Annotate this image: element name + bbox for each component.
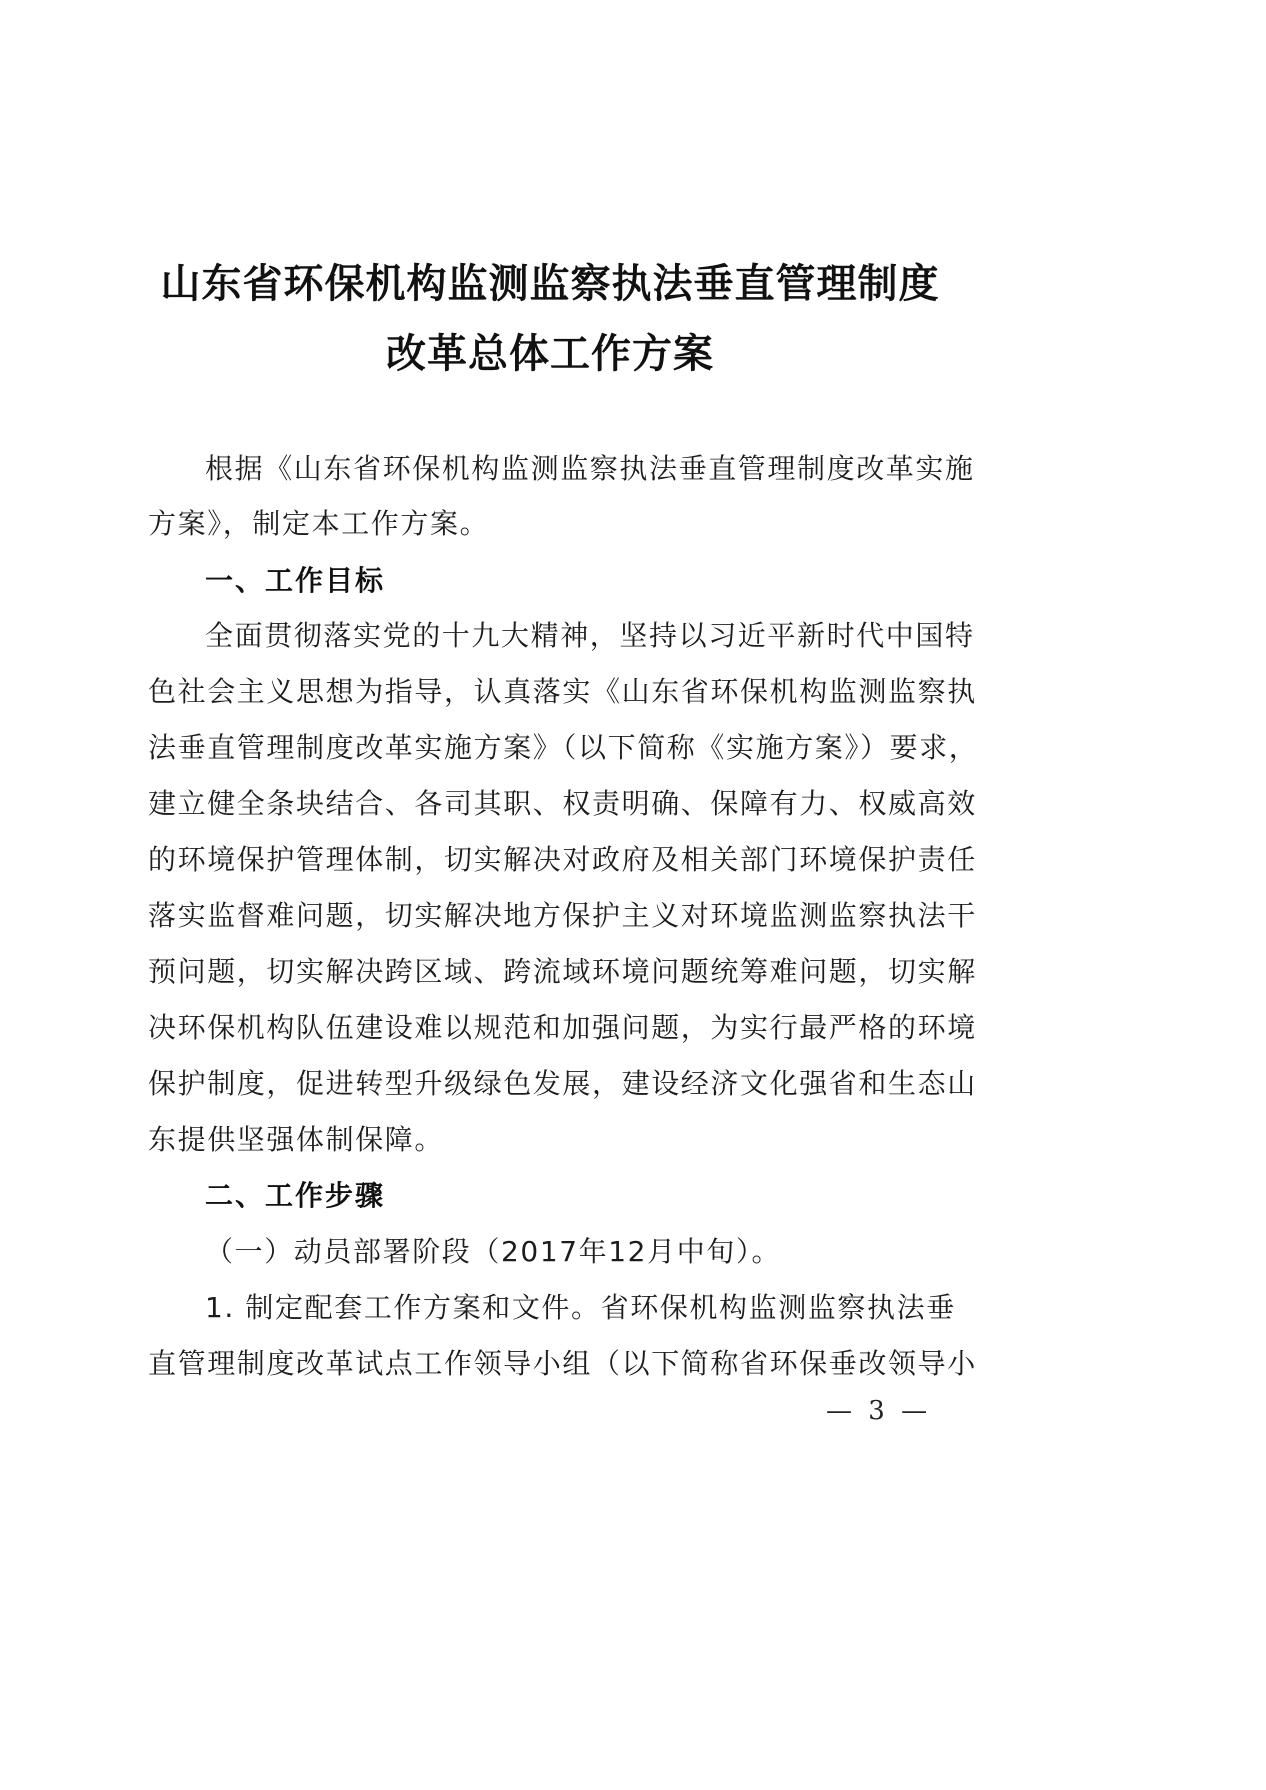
- section-1-line-1: 全面贯彻落实党的十九大精神，坚持以习近平新时代中国特: [205, 614, 968, 654]
- document-page: 山东省环保机构监测监察执法垂直管理制度 改革总体工作方案 根据《山东省环保机构监…: [0, 0, 1266, 1790]
- section-1-line-3: 法垂直管理制度改革实施方案》（以下简称《实施方案》）要求，: [148, 726, 968, 766]
- section-2-item-1-line-1: 1. 制定配套工作方案和文件。省环保机构监测监察执法垂: [205, 1286, 968, 1326]
- section-1-line-7: 预问题，切实解决跨区域、跨流域环境问题统筹难问题，切实解: [148, 950, 968, 990]
- section-1-line-4: 建立健全条块结合、各司其职、权责明确、保障有力、权威高效: [148, 782, 968, 822]
- intro-line-1: 根据《山东省环保机构监测监察执法垂直管理制度改革实施: [205, 447, 968, 487]
- section-1-line-10: 东提供坚强体制保障。: [148, 1118, 968, 1158]
- section-1-line-2: 色社会主义思想为指导，认真落实《山东省环保机构监测监察执: [148, 670, 968, 710]
- page-number: — 3 —: [826, 1396, 931, 1426]
- section-1-line-5: 的环境保护管理体制，切实解决对政府及相关部门环境保护责任: [148, 838, 968, 878]
- section-2-subheading: （一）动员部署阶段（2017年12月中旬）。: [205, 1230, 1025, 1270]
- intro-line-2: 方案》，制定本工作方案。: [148, 502, 968, 542]
- section-1-line-9: 保护制度，促进转型升级绿色发展，建设经济文化强省和生态山: [148, 1062, 968, 1102]
- section-1-heading: 一、工作目标: [205, 559, 385, 599]
- document-title-line-2: 改革总体工作方案: [0, 322, 1100, 379]
- section-2-heading: 二、工作步骤: [205, 1174, 385, 1214]
- section-1-line-8: 决环保机构队伍建设难以规范和加强问题，为实行最严格的环境: [148, 1006, 968, 1046]
- section-1-line-6: 落实监督难问题，切实解决地方保护主义对环境监测监察执法干: [148, 894, 968, 934]
- section-2-item-1-line-2: 直管理制度改革试点工作领导小组（以下简称省环保垂改领导小: [148, 1342, 968, 1382]
- document-title-line-1: 山东省环保机构监测监察执法垂直管理制度: [0, 252, 1100, 309]
